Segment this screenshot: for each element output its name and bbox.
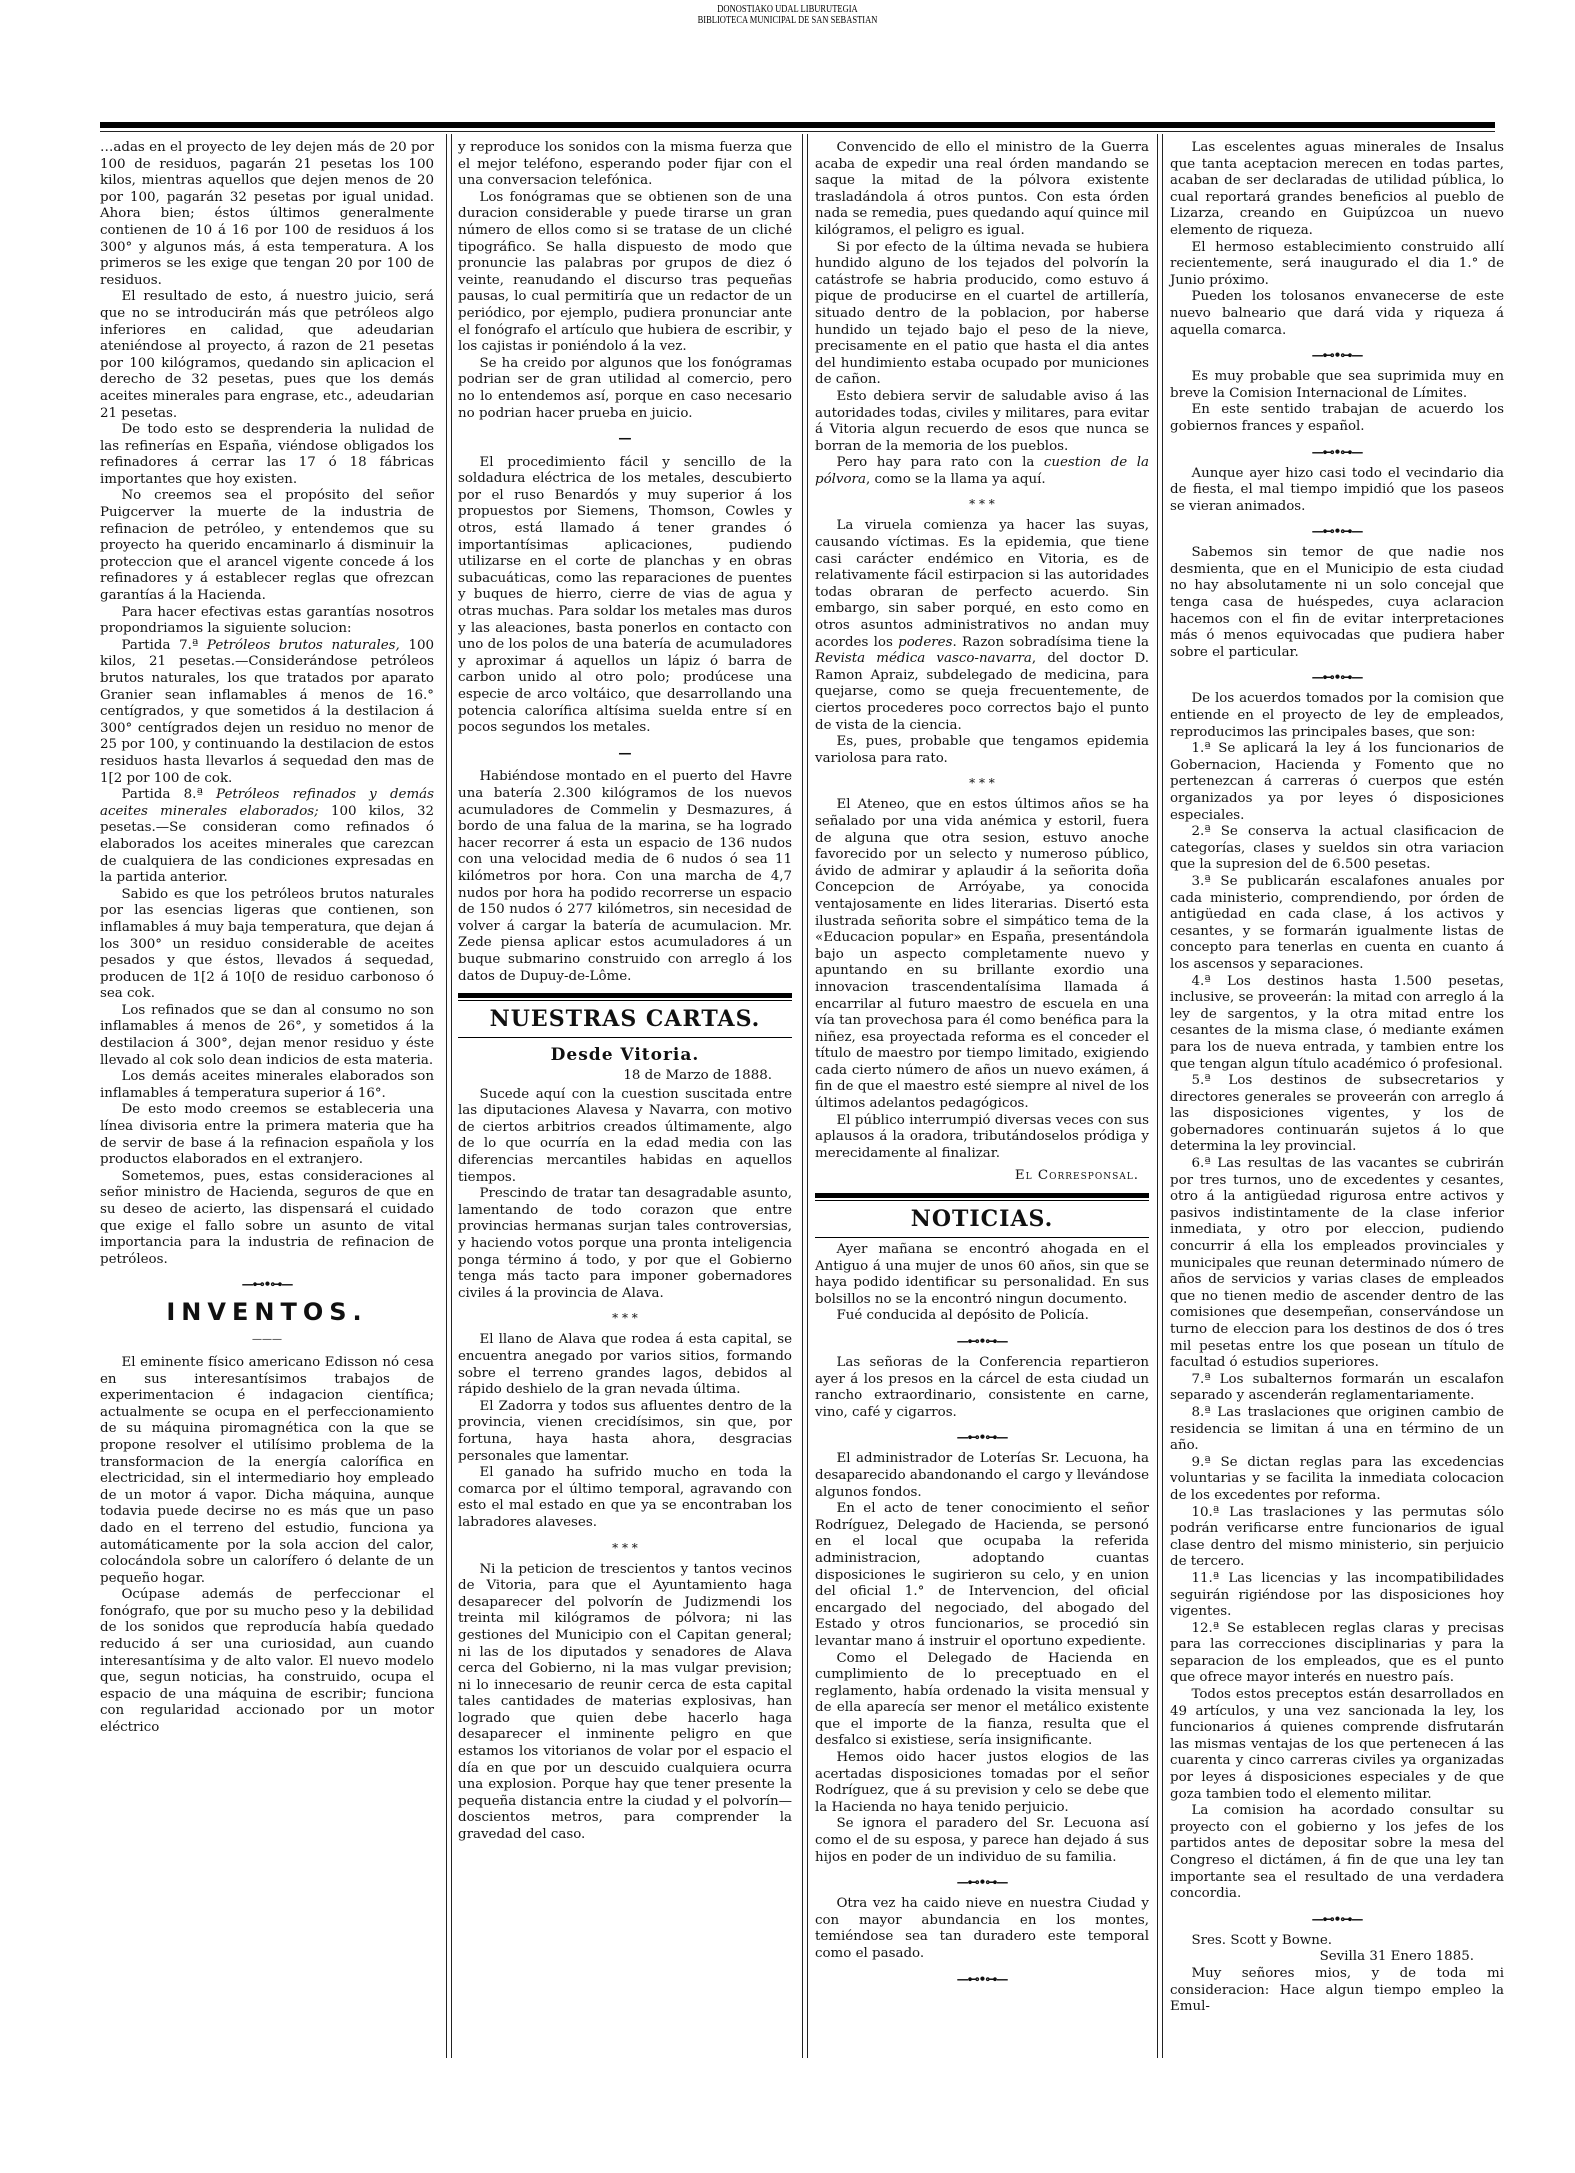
italic-run: Revista médica vasco-navarra — [815, 651, 1032, 666]
news-paragraph: Como el Delegado de Hacienda en cumplimi… — [815, 1651, 1149, 1751]
news-paragraph: Hemos oido hacer justos elogios de las a… — [815, 1750, 1149, 1816]
column-divider-1 — [446, 134, 452, 2058]
column-4: Las escelentes aguas minerales de Insalu… — [1170, 140, 1504, 2016]
partida-7-label: Partida 7.ª — [121, 638, 198, 653]
ornament-separator: —⊷•⊶— — [815, 1973, 1149, 1985]
ornament-separator: —⊷•⊶— — [815, 1335, 1149, 1347]
desde-vitoria-heading: Desde Vitoria. — [458, 1044, 792, 1066]
news-paragraph: Otra vez ha caido nieve en nuestra Ciuda… — [815, 1896, 1149, 1962]
article-paragraph: Convencido de ello el ministro de la Gue… — [815, 140, 1149, 240]
article-paragraph: Sucede aquí con la cuestion suscitada en… — [458, 1087, 792, 1187]
article-paragraph: Esto debiera servir de saludable aviso á… — [815, 389, 1149, 455]
text-run: Pero hay para rato con la — [836, 455, 1043, 470]
text-run: , como se la llama ya aquí. — [866, 472, 1046, 487]
article-paragraph: Si por efecto de la última nevada se hub… — [815, 240, 1149, 389]
nuestras-cartas-heading: NUESTRAS CARTAS. — [458, 1005, 792, 1033]
news-paragraph: Es muy probable que sea suprimida muy en… — [1170, 369, 1504, 402]
base-item: 8.ª Las traslaciones que originen cambio… — [1170, 1405, 1504, 1455]
article-paragraph: De esto modo creemos se estableceria una… — [100, 1102, 434, 1168]
news-paragraph: De los acuerdos tomados por la comision … — [1170, 691, 1504, 741]
ornament-separator: —⊷•⊶— — [1170, 446, 1504, 458]
article-paragraph: Habiéndose montado en el puerto del Havr… — [458, 769, 792, 985]
dash-separator: — — [458, 745, 792, 762]
text-run: La viruela comienza ya hacer las suyas, … — [815, 518, 1149, 649]
ornament-separator: —⊷•⊶— — [815, 1431, 1149, 1443]
correspondent-signature: El Corresponsal. — [815, 1168, 1149, 1185]
news-paragraph: La comision ha acordado consultar su pro… — [1170, 1803, 1504, 1903]
noticias-heading: NOTICIAS. — [815, 1205, 1149, 1233]
inventos-heading: INVENTOS. — [100, 1298, 434, 1326]
library-stamp-line2: BIBLIOTECA MUNICIPAL DE SAN SEBASTIAN — [118, 15, 1457, 26]
news-paragraph: El administrador de Loterías Sr. Lecuona… — [815, 1451, 1149, 1501]
letter-date: Sevilla 31 Enero 1885. — [1170, 1949, 1504, 1966]
article-paragraph: El procedimiento fácil y sencillo de la … — [458, 455, 792, 737]
article-paragraph: El resultado de esto, á nuestro juicio, … — [100, 289, 434, 422]
news-paragraph: Aunque ayer hizo casi todo el vecindario… — [1170, 466, 1504, 516]
top-thin-rule — [100, 131, 1495, 132]
text-run: . Razon sobradísima tiene la — [952, 635, 1149, 650]
library-stamp: DONOSTIAKO UDAL LIBURUTEGIA BIBLIOTECA M… — [118, 4, 1457, 26]
partida-7: Partida 7.ª Petróleos brutos naturales, … — [100, 638, 434, 787]
base-item: 3.ª Se publicarán escalafones anuales po… — [1170, 874, 1504, 974]
article-paragraph: Los fonógramas que se obtienen son de un… — [458, 190, 792, 356]
news-paragraph: Fué conducida al depósito de Policía. — [815, 1308, 1149, 1325]
partida-7-text: 100 kilos, 21 pesetas.—Considerándose pe… — [100, 638, 434, 786]
news-paragraph: El hermoso establecimiento construido al… — [1170, 240, 1504, 290]
article-paragraph: El llano de Alava que rodea á esta capit… — [458, 1332, 792, 1398]
article-paragraph: Los demás aceites minerales elaborados s… — [100, 1069, 434, 1102]
article-paragraph: Sometemos, pues, estas consideraciones a… — [100, 1169, 434, 1269]
news-paragraph: Pueden los tolosanos envanecerse de este… — [1170, 289, 1504, 339]
ornament-separator: —⊷•⊶— — [1170, 1913, 1504, 1925]
news-paragraph: En este sentido trabajan de acuerdo los … — [1170, 402, 1504, 435]
top-heavy-rule — [100, 122, 1495, 128]
column-2: y reproduce los sonidos con la misma fue… — [458, 140, 792, 1844]
news-paragraph: Ayer mañana se encontró ahogada en el An… — [815, 1242, 1149, 1308]
article-paragraph: El Ateneo, que en estos últimos años se … — [815, 797, 1149, 1112]
base-item: 4.ª Los destinos hasta 1.500 pesetas, in… — [1170, 974, 1504, 1074]
asterism: * * * — [458, 1312, 792, 1324]
partida-7-title: Petróleos brutos naturales, — [207, 638, 400, 653]
article-paragraph: y reproduce los sonidos con la misma fue… — [458, 140, 792, 190]
base-item: 11.ª Las licencias y las incompatibilida… — [1170, 1571, 1504, 1621]
article-paragraph: De todo esto se desprenderia la nulidad … — [100, 422, 434, 488]
base-item: 7.ª Los subalternos formarán un escalafo… — [1170, 1372, 1504, 1405]
library-stamp-line1: DONOSTIAKO UDAL LIBURUTEGIA — [118, 4, 1457, 15]
base-item: 6.ª Las resultas de las vacantes se cubr… — [1170, 1156, 1504, 1372]
article-paragraph: No creemos sea el propósito del señor Pu… — [100, 488, 434, 604]
article-paragraph: El Zadorra y todos sus afluentes dentro … — [458, 1399, 792, 1465]
article-paragraph: Ni la peticion de trescientos y tantos v… — [458, 1562, 792, 1844]
article-paragraph: Los refinados que se dan al consumo no s… — [100, 1003, 434, 1069]
ornament-separator: —⊷•⊶— — [100, 1278, 434, 1290]
base-item: 2.ª Se conserva la actual clasificacion … — [1170, 824, 1504, 874]
news-paragraph: Las señoras de la Conferencia repartiero… — [815, 1355, 1149, 1421]
partida-8-label: Partida 8.ª — [121, 787, 202, 802]
ornament-separator: —⊷•⊶— — [1170, 525, 1504, 537]
section-rule-thick — [458, 993, 792, 998]
article-paragraph: Prescindo de tratar tan desagradable asu… — [458, 1186, 792, 1302]
asterism: * * * — [458, 1542, 792, 1554]
article-paragraph: Para hacer efectivas estas garantías nos… — [100, 605, 434, 638]
base-item: 12.ª Se establecen reglas claras y preci… — [1170, 1621, 1504, 1687]
asterism: * * * — [815, 498, 1149, 510]
short-rule: ——— — [100, 1332, 434, 1349]
column-divider-3 — [1157, 134, 1163, 2058]
asterism: * * * — [815, 777, 1149, 789]
base-item: 9.ª Se dictan reglas para las excedencia… — [1170, 1455, 1504, 1505]
dash-separator: — — [458, 430, 792, 447]
article-paragraph: Es, pues, probable que tengamos epidemia… — [815, 734, 1149, 767]
article-paragraph: …adas en el proyecto de ley dejen más de… — [100, 140, 434, 289]
section-rule-thick — [815, 1193, 1149, 1198]
base-item: 1.ª Se aplicará la ley á los funcionario… — [1170, 741, 1504, 824]
news-paragraph: Se ignora el paradero del Sr. Lecuona as… — [815, 1816, 1149, 1866]
partida-8: Partida 8.ª Petróleos refinados y demás … — [100, 787, 434, 887]
article-paragraph: La viruela comienza ya hacer las suyas, … — [815, 518, 1149, 734]
article-paragraph: El ganado ha sufrido mucho en toda la co… — [458, 1465, 792, 1531]
section-rule-thin — [815, 1237, 1149, 1238]
base-item: 5.ª Los destinos de subsecretarios y dir… — [1170, 1073, 1504, 1156]
section-rule-thin — [458, 1000, 792, 1001]
news-paragraph: En el acto de tener conocimiento el seño… — [815, 1501, 1149, 1650]
article-paragraph: Sabido es que los petróleos brutos natur… — [100, 887, 434, 1003]
letter-salutation: Sres. Scott y Bowne. — [1170, 1933, 1504, 1950]
base-item: 10.ª Las traslaciones y las permutas sól… — [1170, 1505, 1504, 1571]
section-rule-thin — [458, 1037, 792, 1038]
ornament-separator: —⊷•⊶— — [1170, 671, 1504, 683]
ornament-separator: —⊷•⊶— — [1170, 349, 1504, 361]
article-paragraph: El público interrumpió diversas veces co… — [815, 1113, 1149, 1163]
article-paragraph: Pero hay para rato con la cuestion de la… — [815, 455, 1149, 488]
news-paragraph: Sabemos sin temor de que nadie nos desmi… — [1170, 545, 1504, 661]
article-paragraph: Se ha creido por algunos que los fonógra… — [458, 356, 792, 422]
column-3: Convencido de ello el ministro de la Gue… — [815, 140, 1149, 1993]
italic-run: poderes — [898, 635, 952, 650]
news-paragraph: Las escelentes aguas minerales de Insalu… — [1170, 140, 1504, 240]
news-paragraph: Todos estos preceptos están desarrollado… — [1170, 1687, 1504, 1803]
dateline: 18 de Marzo de 1888. — [458, 1068, 792, 1085]
column-divider-2 — [802, 134, 808, 2058]
column-1: …adas en el proyecto de ley dejen más de… — [100, 140, 434, 1737]
article-paragraph: El eminente físico americano Edisson nó … — [100, 1355, 434, 1587]
ornament-separator: —⊷•⊶— — [815, 1876, 1149, 1888]
section-rule-thin — [815, 1200, 1149, 1201]
letter-body: Muy señores mios, y de toda mi considera… — [1170, 1966, 1504, 2016]
article-paragraph: Ocúpase además de perfeccionar el fonógr… — [100, 1587, 434, 1736]
